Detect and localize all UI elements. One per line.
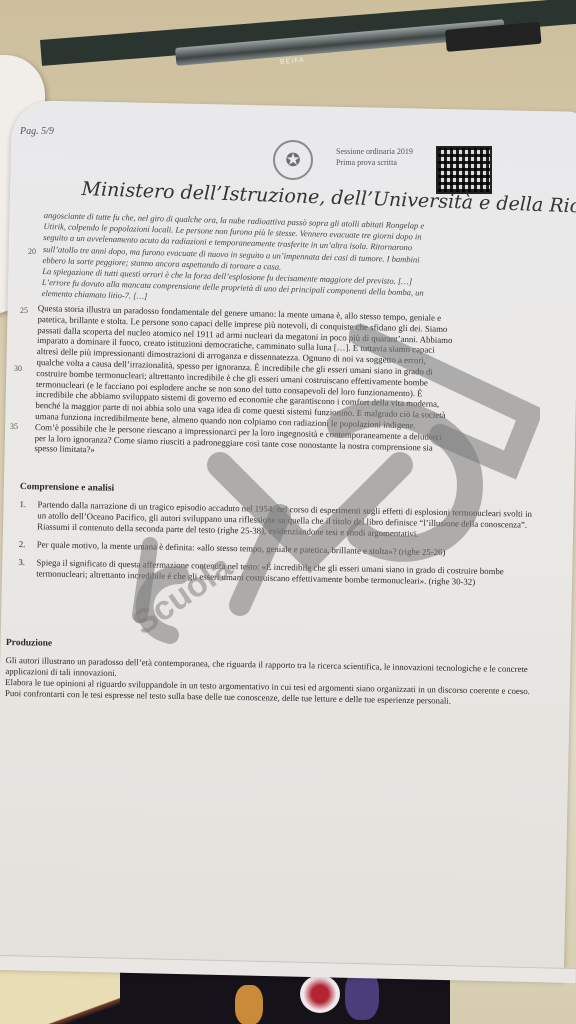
line-number: 20	[28, 247, 36, 256]
excerpt-italic: angosciante di tutte fu che, nel giro di…	[41, 210, 503, 312]
question-number: 1.	[19, 499, 26, 510]
session-info: Sessione ordinaria 2019 Prima prova scri…	[336, 146, 413, 168]
line-number: 30	[14, 364, 22, 373]
question-number: 2.	[19, 539, 26, 550]
excerpt-body: Questa storia illustra un paradosso fond…	[34, 303, 508, 466]
question-item: 1. Partendo dalla narrazione di un tragi…	[19, 499, 540, 542]
question-item: 3. Spiega il significato di questa affer…	[18, 557, 538, 589]
question-number: 3.	[18, 557, 25, 568]
analysis-section: Comprensione e analisi 1. Partendo dalla…	[18, 482, 540, 596]
exam-page-content: Pag. 5/9 ✪ Sessione ordinaria 2019 Prima…	[0, 0, 576, 1024]
production-section: Produzione Gli autori illustrano un para…	[5, 638, 536, 708]
production-title: Produzione	[6, 638, 536, 658]
question-item: 2. Per quale motivo, la mente umana è de…	[19, 539, 539, 560]
question-text: Partendo dalla narrazione di un tragico …	[37, 499, 532, 538]
question-text: Spiega il significato di questa affermaz…	[36, 557, 504, 586]
analysis-questions: 1. Partendo dalla narrazione di un tragi…	[18, 499, 539, 589]
session-label: Sessione ordinaria 2019	[336, 146, 413, 157]
test-label: Prima prova scritta	[336, 157, 413, 168]
line-number: 25	[20, 306, 28, 315]
page-number: Pag. 5/9	[20, 126, 54, 137]
line-number: 35	[10, 422, 18, 431]
qr-code-icon	[438, 148, 490, 192]
question-text: Per quale motivo, la mente umana è defin…	[37, 539, 446, 557]
republic-emblem-icon: ✪	[273, 140, 313, 180]
